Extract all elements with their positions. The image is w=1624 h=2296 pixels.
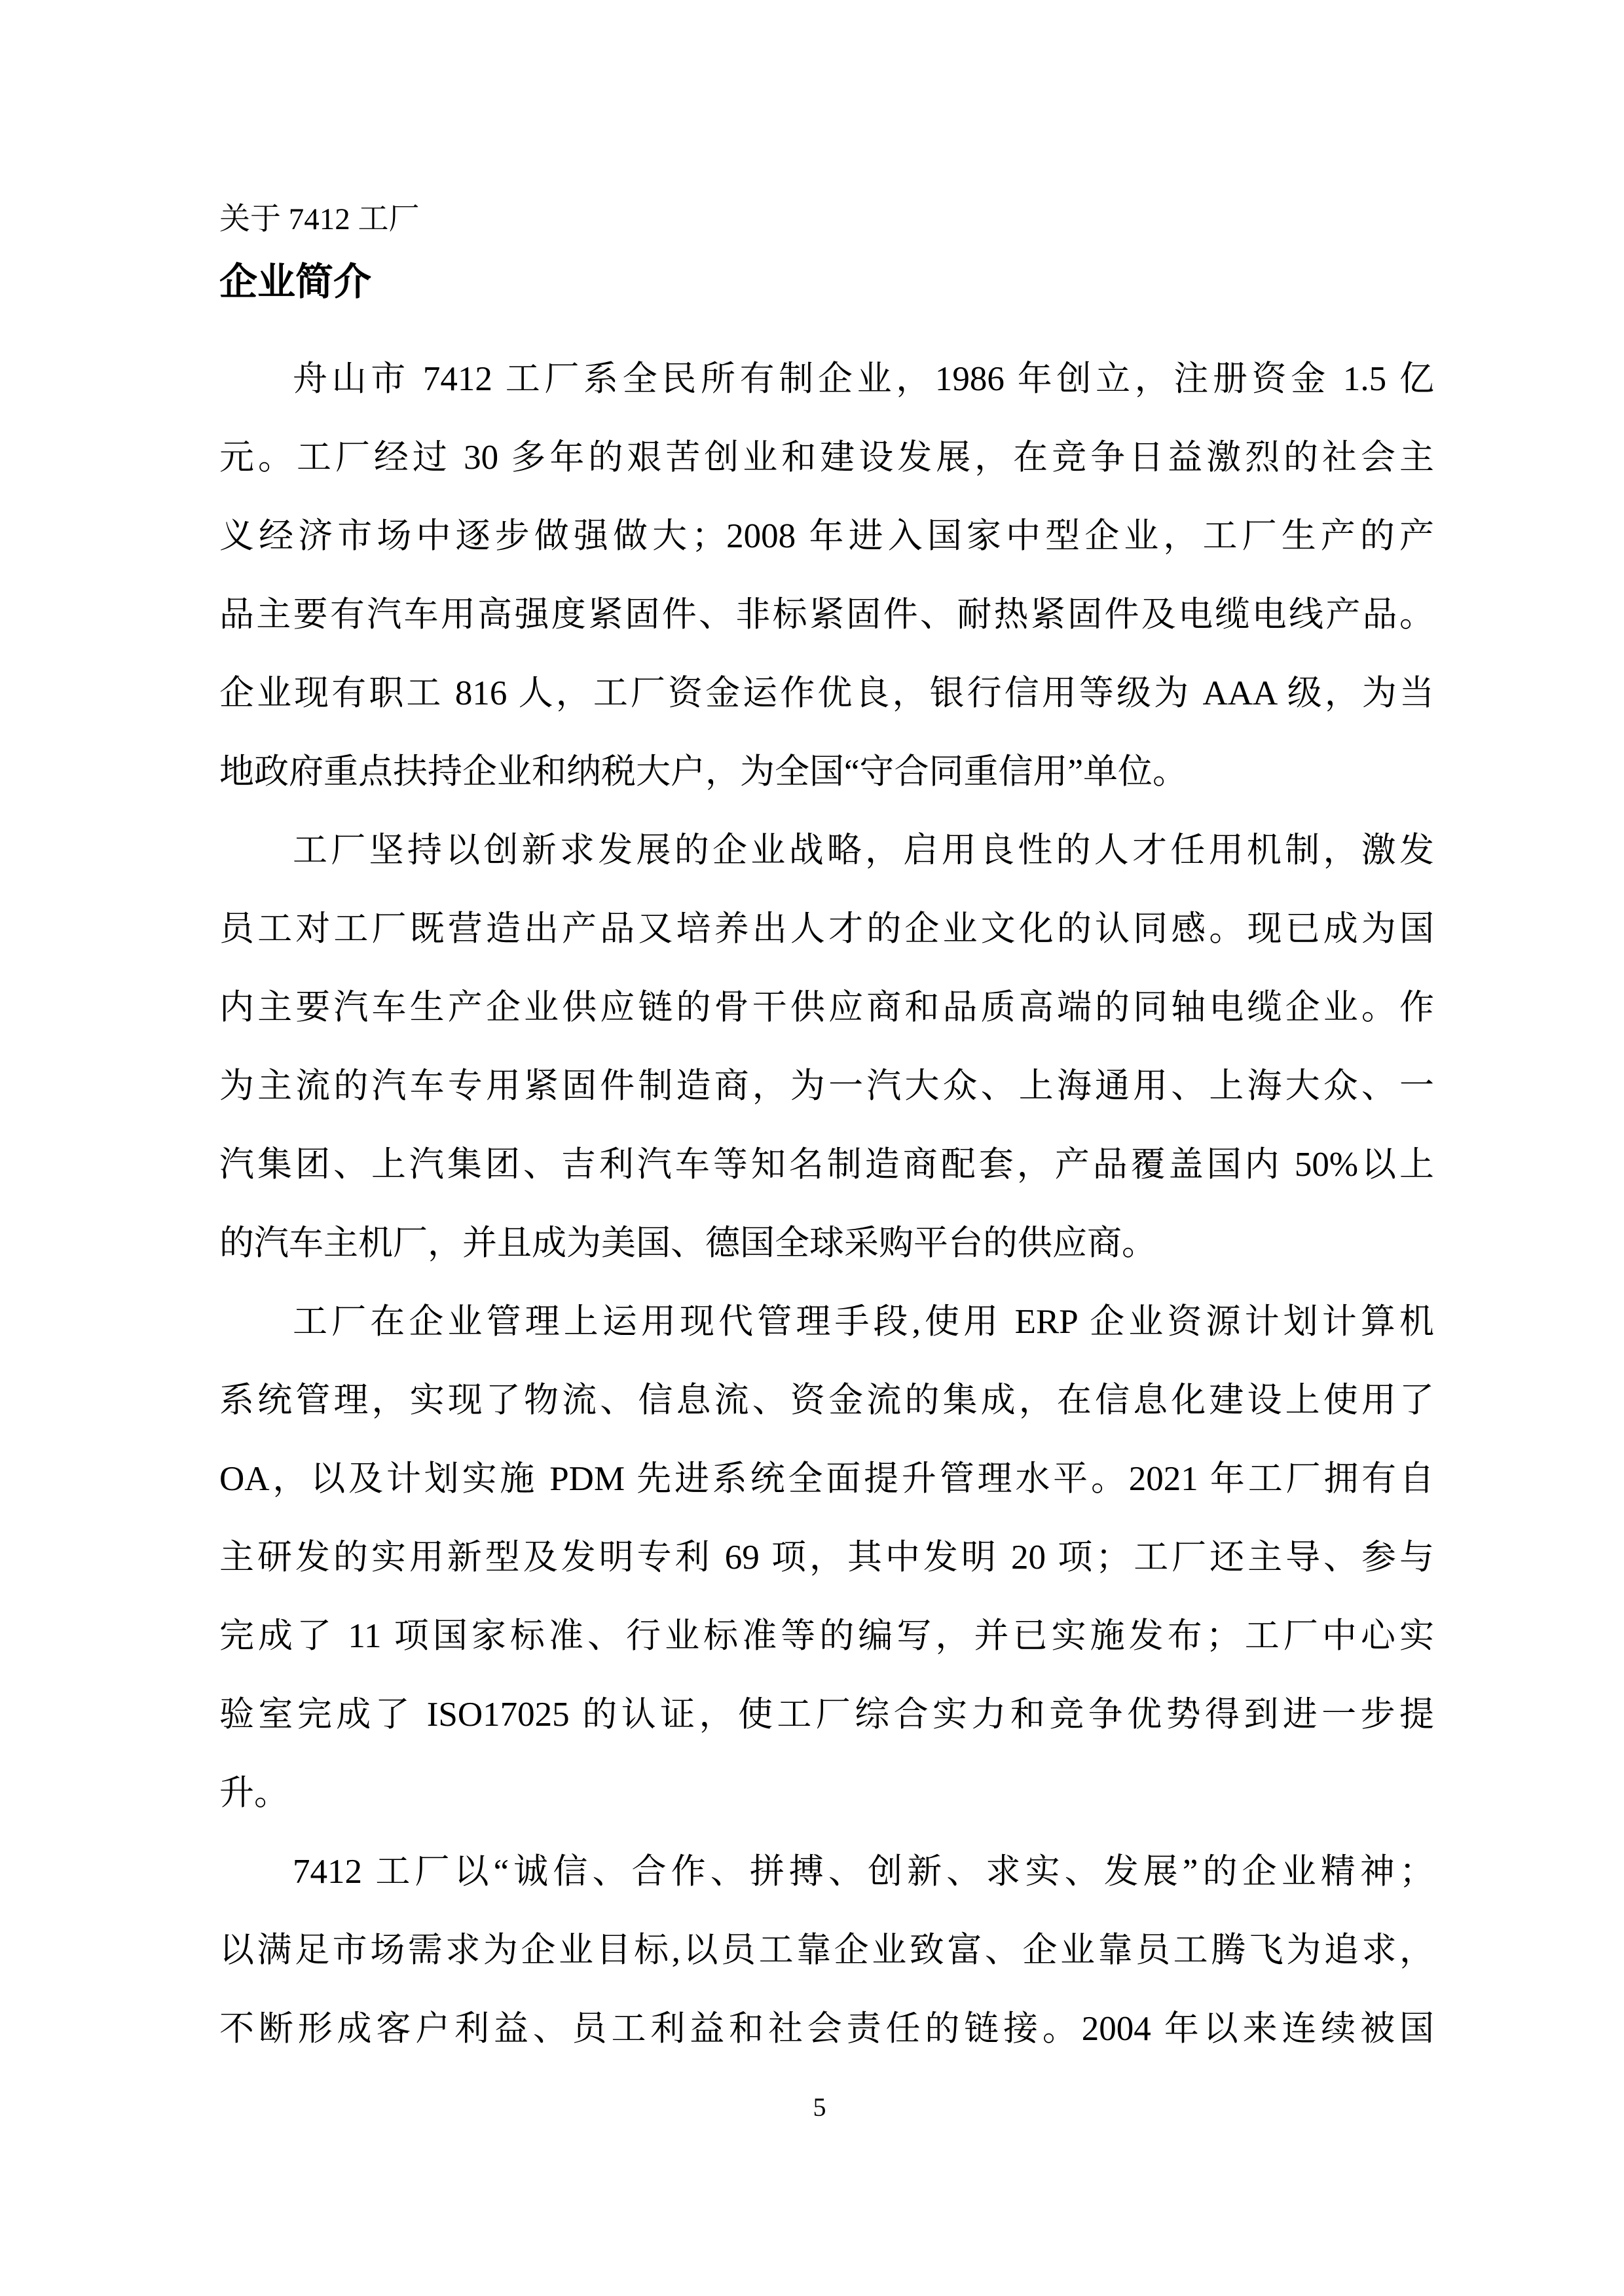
paragraph-4-line-2: 以满足市场需求为企业目标,以员工靠企业致富、企业靠员工腾飞为追求，: [219, 1911, 1434, 1990]
paragraph-2-line-4: 为主流的汽车专用紧固件制造商，为一汽大众、上海通用、上海大众、一: [219, 1047, 1434, 1125]
paragraph-3-line-1: 工厂在企业管理上运用现代管理手段,使用 ERP 企业资源计划计算机: [219, 1283, 1434, 1361]
paragraph-2-line-3: 内主要汽车生产企业供应链的骨干供应商和品质高端的同轴电缆企业。作: [219, 968, 1434, 1047]
document-page: 关于 7412 工厂 企业简介 舟山市 7412 工厂系全民所有制企业，1986…: [0, 0, 1624, 2296]
paragraph-3-line-3: OA，以及计划实施 PDM 先进系统全面提升管理水平。2021 年工厂拥有自: [219, 1440, 1434, 1518]
section-heading: 企业简介: [219, 259, 1434, 306]
paragraph-1-line-2: 元。工厂经过 30 多年的艰苦创业和建设发展，在竞争日益激烈的社会主: [219, 418, 1434, 497]
document-body: 舟山市 7412 工厂系全民所有制企业，1986 年创立，注册资金 1.5 亿 …: [219, 340, 1434, 2068]
paragraph-1-line-5: 企业现有职工 816 人，工厂资金运作优良，银行信用等级为 AAA 级，为当: [219, 654, 1434, 733]
paragraph-1-line-6: 地政府重点扶持企业和纳税大户，为全国“守合同重信用”单位。: [219, 733, 1434, 811]
paragraph-3-line-2: 系统管理，实现了物流、信息流、资金流的集成，在信息化建设上使用了: [219, 1361, 1434, 1440]
paragraph-3-line-4: 主研发的实用新型及发明专利 69 项，其中发明 20 项；工厂还主导、参与: [219, 1518, 1434, 1597]
paragraph-4-line-1: 7412 工厂以“诚信、合作、拼搏、创新、求实、发展”的企业精神；: [219, 1832, 1434, 1911]
paragraph-1-line-4: 品主要有汽车用高强度紧固件、非标紧固件、耐热紧固件及电缆电线产品。: [219, 575, 1434, 654]
paragraph-2-line-6: 的汽车主机厂，并且成为美国、德国全球采购平台的供应商。: [219, 1204, 1434, 1283]
paragraph-2-line-2: 员工对工厂既营造出产品又培养出人才的企业文化的认同感。现已成为国: [219, 890, 1434, 968]
page-number: 5: [205, 2068, 1434, 2147]
paragraph-3-line-5: 完成了 11 项国家标准、行业标准等的编写，并已实施发布；工厂中心实: [219, 1597, 1434, 1675]
paragraph-3-line-6: 验室完成了 ISO17025 的认证，使工厂综合实力和竞争优势得到进一步提: [219, 1675, 1434, 1754]
paragraph-4-line-3: 不断形成客户利益、员工利益和社会责任的链接。2004 年以来连续被国: [219, 1990, 1434, 2068]
paragraph-1-line-3: 义经济市场中逐步做强做大；2008 年进入国家中型企业，工厂生产的产: [219, 497, 1434, 575]
paragraph-3-line-7: 升。: [219, 1754, 1434, 1832]
paragraph-2-line-1: 工厂坚持以创新求发展的企业战略，启用良性的人才任用机制，激发: [219, 811, 1434, 890]
document-title: 关于 7412 工厂: [219, 200, 1434, 239]
paragraph-1-line-1: 舟山市 7412 工厂系全民所有制企业，1986 年创立，注册资金 1.5 亿: [219, 340, 1434, 418]
paragraph-2-line-5: 汽集团、上汽集团、吉利汽车等知名制造商配套，产品覆盖国内 50%以上: [219, 1125, 1434, 1204]
